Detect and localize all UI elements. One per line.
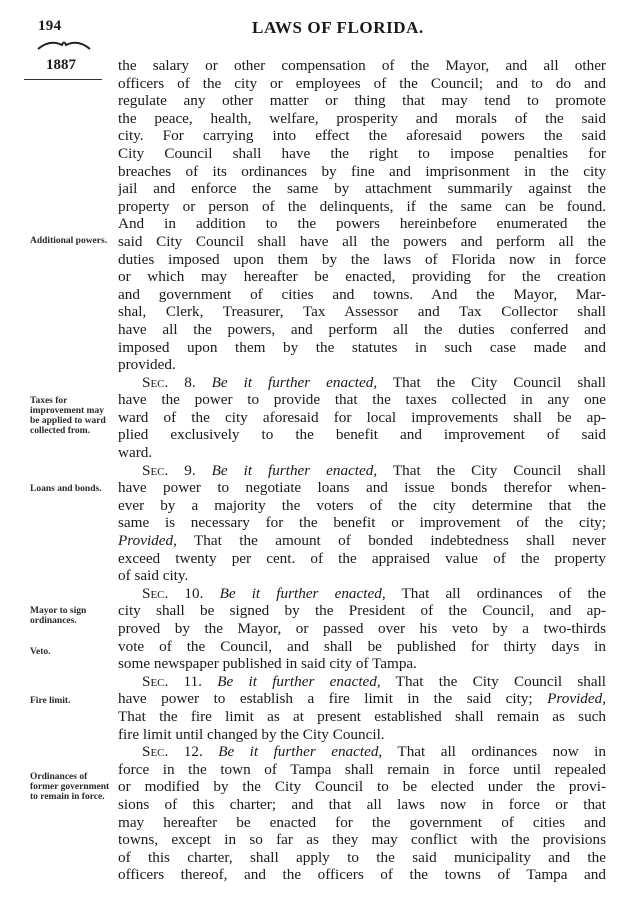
- text-line: ward.: [118, 444, 606, 462]
- text-line: property or person of the delinquents, i…: [118, 198, 606, 216]
- text-line: same is necessary for the benefit or imp…: [118, 514, 606, 532]
- margin-note-veto: Veto.: [30, 647, 115, 657]
- enacting-clause: Be it further enacted,: [217, 673, 380, 690]
- text-line: and government of cities and towns. And …: [118, 286, 606, 304]
- enacting-clause: Be it further enacted,: [220, 585, 386, 602]
- enacting-clause: Be it further enacted,: [212, 462, 378, 479]
- section-label: Sec. 9.: [142, 462, 196, 479]
- text-line: ward of the city aforesaid for local imp…: [118, 409, 606, 427]
- text-line: the salary or other compensation of the …: [118, 57, 606, 75]
- running-head-title: LAWS OF FLORIDA.: [252, 18, 424, 38]
- enacting-clause: Be it further enacted,: [212, 374, 378, 391]
- margin-note-fire-limit: Fire limit.: [30, 696, 115, 706]
- section-10-heading-line: Sec. 10. Be it further enacted, That all…: [118, 585, 606, 603]
- text-line: regulate any other matter or thing that …: [118, 92, 606, 110]
- text-run: That the City Council shall: [396, 673, 606, 690]
- text-line: have all the powers, and perform all the…: [118, 321, 606, 339]
- text-line: officers of the city or employees of the…: [118, 75, 606, 93]
- text-line: said City Council shall have all the pow…: [118, 233, 606, 251]
- text-line: City Council shall have the right to imp…: [118, 145, 606, 163]
- section-8-heading-line: Sec. 8. Be it further enacted, That the …: [118, 374, 606, 392]
- text-line: city. For carrying into effect the afore…: [118, 127, 606, 145]
- section-label: Sec. 12.: [142, 743, 203, 760]
- text-line: sions of this charter; and that all laws…: [118, 796, 606, 814]
- text-line: plied exclusively to the benefit and imp…: [118, 426, 606, 444]
- text-line: towns, except in so far as they may conf…: [118, 831, 606, 849]
- brace-ornament-icon: [36, 37, 92, 51]
- year-underline-rule: [24, 79, 102, 80]
- text-line: or modified by the City Council to be el…: [118, 778, 606, 796]
- text-line: breaches of its ordinances by fine and i…: [118, 163, 606, 181]
- text-run: That all ordinances of the: [401, 585, 606, 602]
- text-line: city shall be signed by the President of…: [118, 602, 606, 620]
- text-line: imposed upon them by the statutes in suc…: [118, 339, 606, 357]
- text-line: may hereafter be enacted for the governm…: [118, 814, 606, 832]
- text-line: That the fire limit as at present establ…: [118, 708, 606, 726]
- text-line: And in addition to the powers hereinbefo…: [118, 215, 606, 233]
- text-line: jail and enforce the same by attachment …: [118, 180, 606, 198]
- provided-line: Provided, That the amount of bonded inde…: [118, 532, 606, 550]
- text-line: have power to negotiate loans and issue …: [118, 479, 606, 497]
- provided-word: Provided,: [118, 532, 177, 549]
- provided-word: Provided,: [547, 690, 606, 707]
- text-line: have the power to provide that the taxes…: [118, 391, 606, 409]
- text-run: That the City Council shall: [393, 374, 606, 391]
- section-9-heading-line: Sec. 9. Be it further enacted, That the …: [118, 462, 606, 480]
- section-label: Sec. 8.: [142, 374, 196, 391]
- text-line: vote of the Council, and shall be publis…: [118, 638, 606, 656]
- text-line: fire limit until changed by the City Cou…: [118, 726, 606, 744]
- text-line: ever by a majority the voters of the cit…: [118, 497, 606, 515]
- margin-note-ordinances-remain: Ordinances of former government to remai…: [30, 772, 115, 802]
- section-12-heading-line: Sec. 12. Be it further enacted, That all…: [118, 743, 606, 761]
- text-line: some newspaper published in said city of…: [118, 655, 606, 673]
- text-line: shal, Clerk, Treasurer, Tax Assessor and…: [118, 303, 606, 321]
- margin-note-taxes-for-improvement: Taxes for improvement may be applied to …: [30, 396, 115, 436]
- text-run: That the amount of bonded indebtedness s…: [194, 532, 606, 549]
- text-line: duties imposed upon them by the laws of …: [118, 251, 606, 269]
- section-label: Sec. 11.: [142, 673, 202, 690]
- margin-note-additional-powers: Additional powers.: [30, 236, 115, 246]
- margin-note-loans-and-bonds: Loans and bonds.: [30, 484, 115, 494]
- text-line: proved by the Mayor, or passed over his …: [118, 620, 606, 638]
- body-text: the salary or other compensation of the …: [118, 57, 606, 884]
- text-line: or which may hereafter be enacted, provi…: [118, 268, 606, 286]
- text-line: provided.: [118, 356, 606, 374]
- year-label: 1887: [46, 57, 76, 74]
- text-line: of said city.: [118, 567, 606, 585]
- text-line: exceed twenty per cent. of the appraised…: [118, 550, 606, 568]
- section-label: Sec. 10.: [142, 585, 203, 602]
- page-number: 194: [38, 18, 61, 35]
- section-11-heading-line: Sec. 11. Be it further enacted, That the…: [118, 673, 606, 691]
- margin-note-mayor-to-sign: Mayor to sign ordinances.: [30, 606, 115, 626]
- text-run: That all ordinances now in: [397, 743, 606, 760]
- text-line: the peace, health, welfare, prosperity a…: [118, 110, 606, 128]
- text-line: of this charter, shall apply to the said…: [118, 849, 606, 867]
- text-run: That the City Council shall: [393, 462, 606, 479]
- text-line: force in the town of Tampa shall remain …: [118, 761, 606, 779]
- enacting-clause: Be it further enacted,: [218, 743, 382, 760]
- text-line: have power to establish a fire limit in …: [118, 690, 606, 708]
- text-line: officers thereof, and the officers of th…: [118, 866, 606, 884]
- text-run: have power to establish a fire limit in …: [118, 690, 533, 707]
